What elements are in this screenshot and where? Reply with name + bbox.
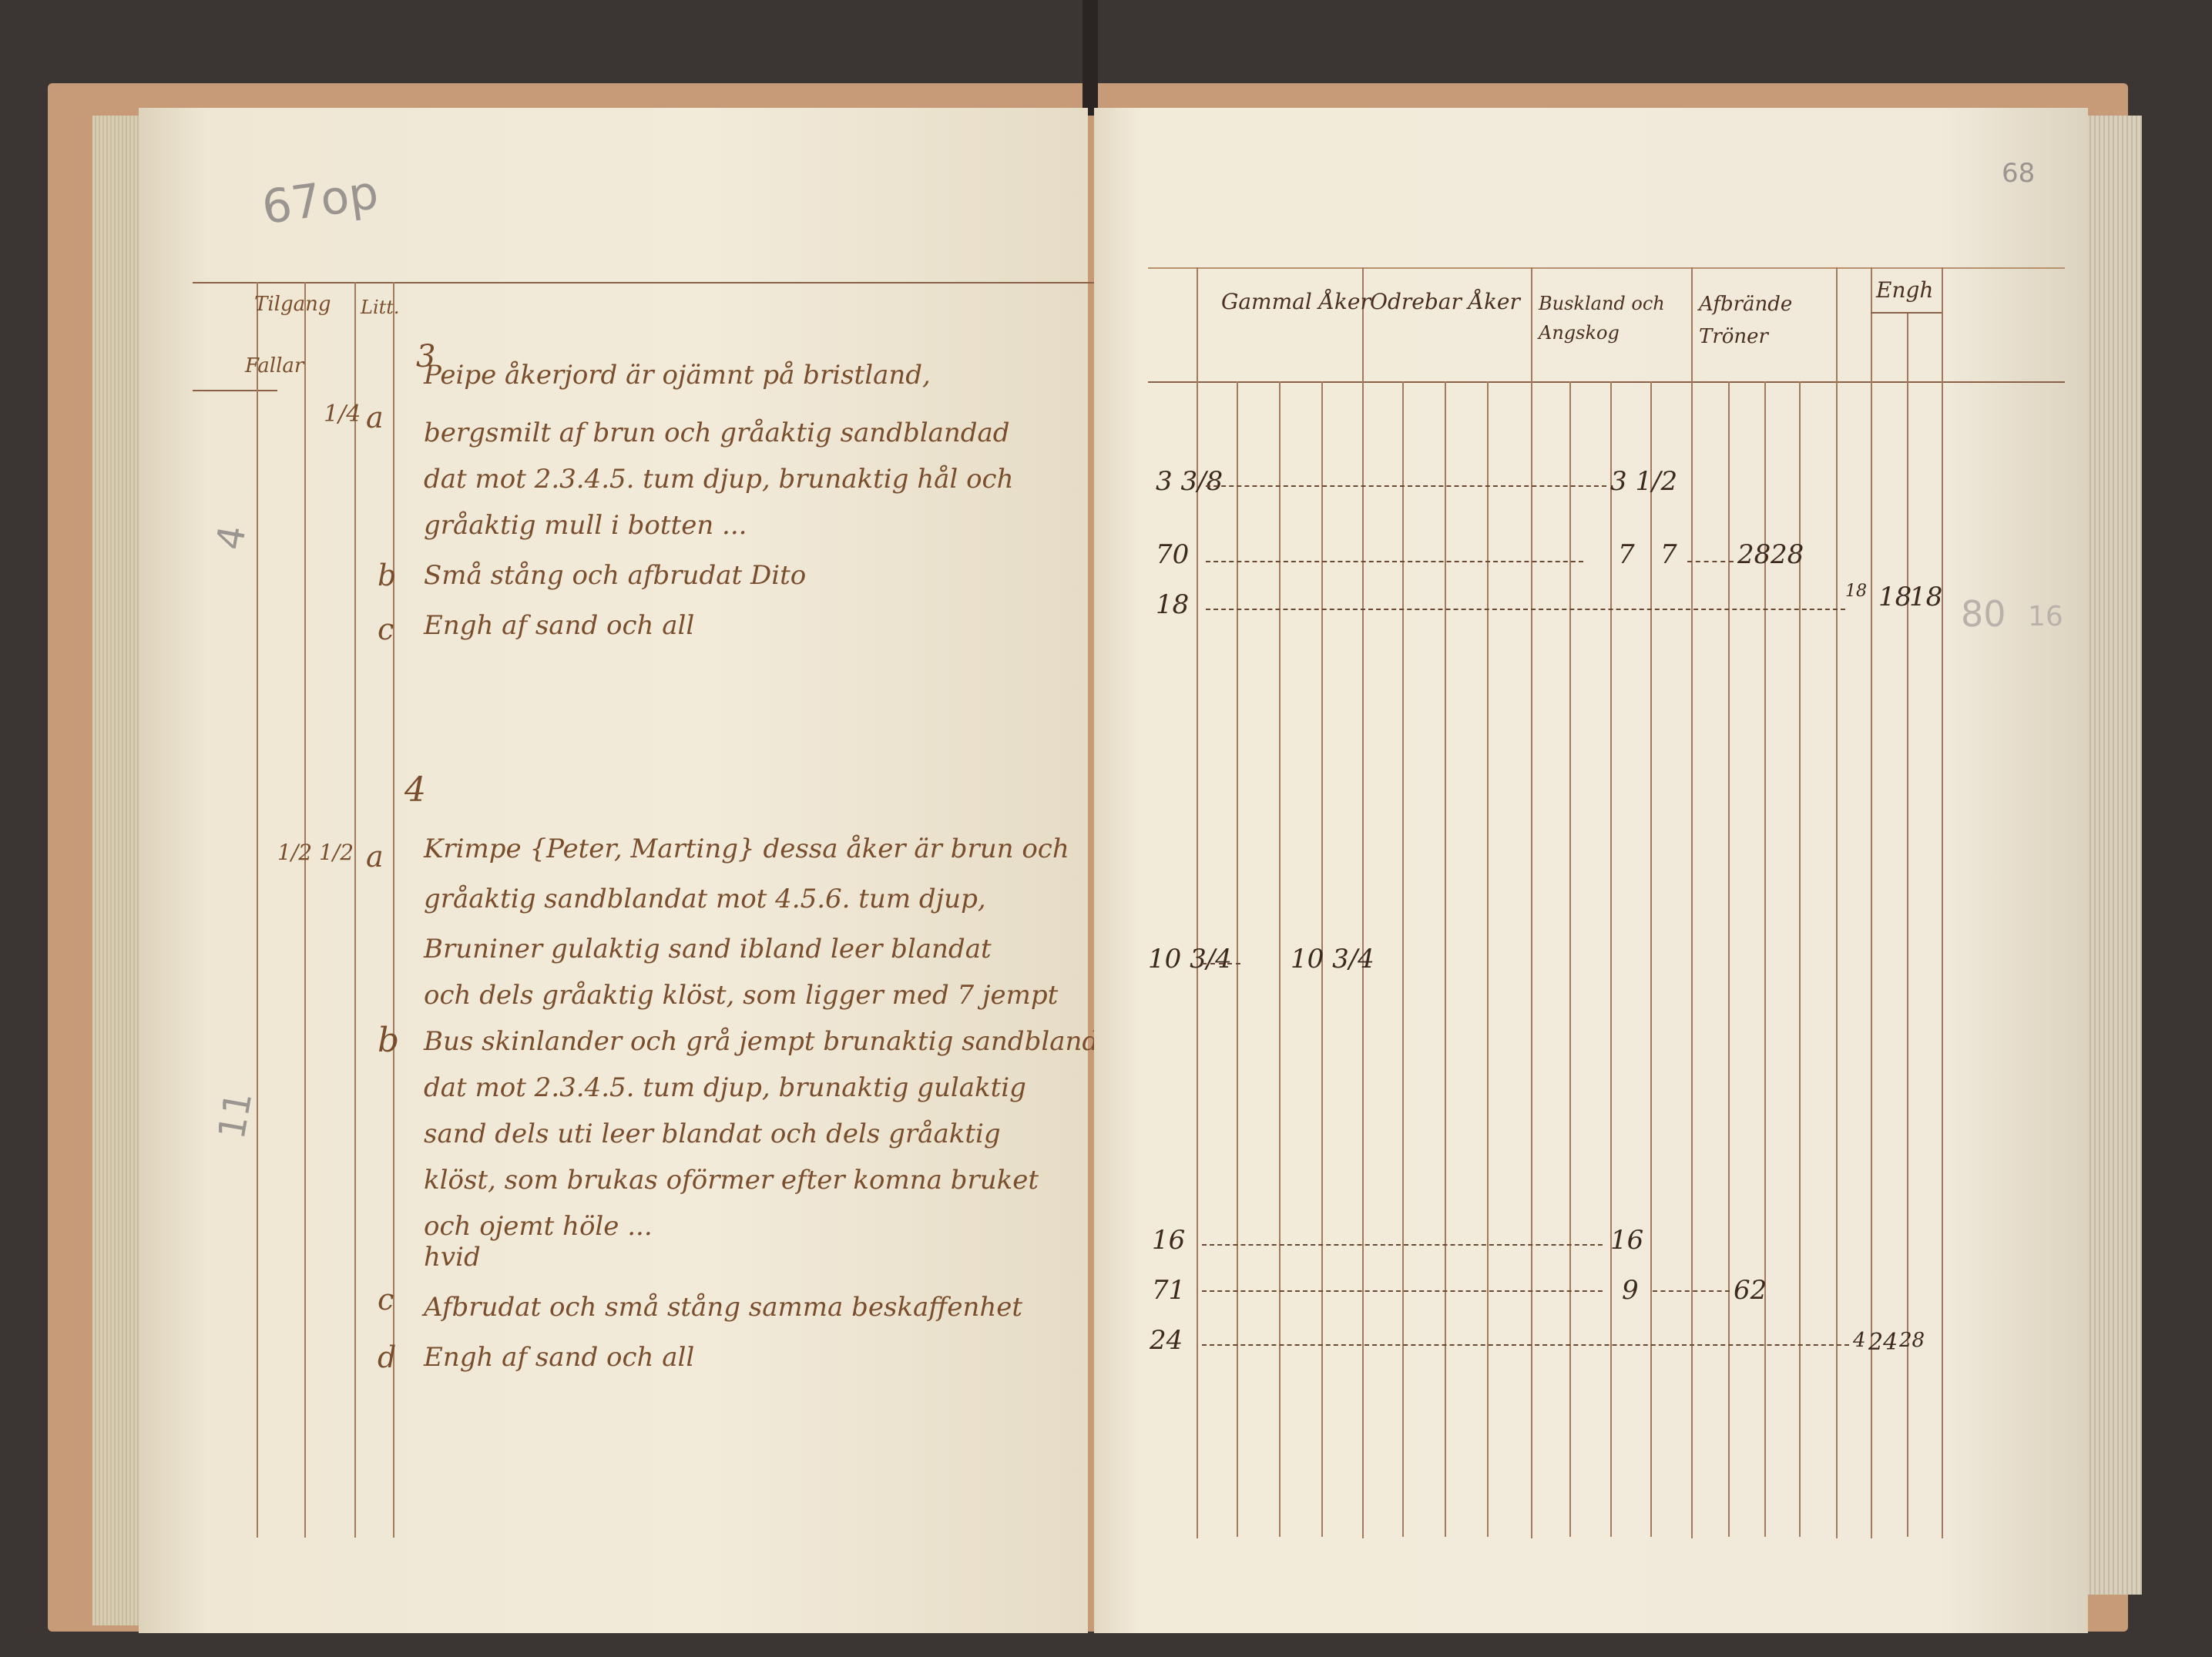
- entry-fraction: 1/2 1/2: [277, 840, 354, 865]
- leader-dashes: [1206, 609, 1845, 610]
- entry-text-line: klöst, som brukas oförmer efter komna br…: [424, 1167, 1039, 1193]
- entry-fraction: 1/4: [324, 401, 361, 428]
- row-value: 4: [1853, 1329, 1866, 1352]
- entry-text-line: Bruniner gulaktig sand ibland leer bland…: [424, 936, 992, 962]
- column-rule: [1610, 381, 1612, 1537]
- column-rule: [1445, 381, 1446, 1537]
- column-rule: [1650, 381, 1652, 1537]
- row-value: 28: [1771, 539, 1804, 570]
- engh-subheader-rule: [1871, 312, 1942, 314]
- entry-text-line: sand dels uti leer blandat och dels gråa…: [424, 1121, 1001, 1147]
- entry-text-line: hvid: [424, 1244, 481, 1270]
- entry-letter: b: [378, 558, 396, 592]
- row-value: 16: [1610, 1225, 1643, 1256]
- entry-text-line: bergsmilt af brun och gråaktig sandbland…: [424, 420, 1010, 446]
- leader-dashes: [1202, 1290, 1603, 1292]
- row-total: 10 3/4: [1148, 944, 1232, 974]
- column-rule: [1691, 267, 1693, 1538]
- entry-letter: c: [378, 1283, 394, 1317]
- entry-text-line: Engh af sand och all: [424, 1344, 694, 1370]
- column-rule: [1487, 381, 1489, 1537]
- header-litt: Litt.: [361, 297, 400, 318]
- header-afbrande: Afbrände Tröner: [1699, 289, 1830, 353]
- row-value: 62: [1734, 1275, 1767, 1306]
- pencil-note: 16: [2028, 601, 2063, 632]
- entry-text-line: gråaktig sandblandat mot 4.5.6. tum djup…: [424, 886, 986, 912]
- entry-letter: a: [366, 840, 384, 874]
- leader-dashes: [1653, 1290, 1730, 1292]
- column-rule: [1279, 381, 1281, 1537]
- column-rule: [1197, 267, 1198, 1538]
- header-bottom-rule: [1148, 381, 2065, 383]
- book-spine: [1083, 0, 1098, 116]
- column-rule: [1569, 381, 1571, 1537]
- leader-dashes: [1206, 485, 1606, 487]
- margin-mark: 11: [210, 1088, 261, 1142]
- header-bottom-rule: [193, 390, 277, 391]
- row-total: 16: [1152, 1225, 1185, 1256]
- leader-dashes: [1202, 1244, 1603, 1246]
- header-engh: Engh: [1876, 277, 1933, 303]
- column-rule: [1362, 267, 1364, 1538]
- column-rule: [1836, 267, 1838, 1538]
- row-value: 28: [1899, 1329, 1925, 1352]
- row-total: 71: [1152, 1275, 1185, 1306]
- column-rule: [1237, 381, 1238, 1537]
- column-rule: [257, 282, 258, 1538]
- header-fallar: Fallar: [245, 354, 304, 377]
- row-value: 3 1/2: [1610, 466, 1677, 497]
- entry-letter: d: [378, 1340, 396, 1374]
- entry-text-line: dat mot 2.3.4.5. tum djup, brunaktig gul…: [424, 1075, 1026, 1101]
- column-rule: [304, 282, 306, 1538]
- entry-text-line: Peipe åkerjord är ojämnt på bristland,: [424, 362, 931, 388]
- row-value: 28: [1737, 539, 1771, 570]
- row-value: 7: [1618, 539, 1635, 570]
- leader-dashes: [1202, 1344, 1849, 1346]
- entry-text-line: och ojemt höle ...: [424, 1213, 653, 1239]
- column-rule: [1402, 381, 1404, 1537]
- leader-dashes: [1202, 963, 1240, 964]
- row-value: 18: [1909, 582, 1942, 612]
- column-rule: [354, 282, 356, 1538]
- header-top-rule: [193, 282, 1102, 283]
- entry-text-line: gråaktig mull i botten ...: [424, 512, 747, 538]
- left-page: [139, 108, 1088, 1633]
- row-total: 18: [1156, 589, 1189, 620]
- row-value: 10 3/4: [1291, 944, 1375, 974]
- entry-letter: a: [366, 401, 384, 434]
- pencil-note: 80: [1961, 593, 2006, 635]
- entry-number: 4: [404, 770, 426, 810]
- column-rule: [1531, 267, 1532, 1538]
- column-rule: [1728, 381, 1730, 1537]
- entry-text-line: och dels gråaktig klöst, som ligger med …: [424, 982, 1058, 1008]
- row-value: 24: [1868, 1329, 1898, 1356]
- header-gammal-aker: Gammal Åker: [1221, 289, 1371, 314]
- header-odrebar-aker: Odrebar Åker: [1370, 289, 1520, 314]
- entry-text-line: Afbrudat och små stång samma beskaffenhe…: [424, 1294, 1022, 1320]
- entry-letter: b: [378, 1021, 399, 1060]
- entry-text-line: Bus skinlander och grå jempt brunaktig s…: [424, 1028, 1125, 1055]
- entry-text-line: dat mot 2.3.4.5. tum djup, brunaktig hål…: [424, 466, 1014, 492]
- row-value: 18: [1878, 582, 1912, 612]
- header-top-rule: [1148, 267, 2065, 269]
- entry-text-line: Små stång och afbrudat Dito: [424, 562, 806, 589]
- row-total: 3 3/8: [1156, 466, 1223, 497]
- entry-text-line: Engh af sand och all: [424, 612, 694, 639]
- row-value: 9: [1622, 1275, 1639, 1306]
- entry-letter: c: [378, 612, 394, 646]
- entry-text-line: Krimpe {Peter, Marting} dessa åker är br…: [424, 836, 1069, 862]
- column-rule: [1907, 312, 1908, 1537]
- row-value: 18: [1845, 582, 1867, 601]
- row-total: 70: [1156, 539, 1189, 570]
- row-value: 7: [1660, 539, 1677, 570]
- leader-dashes: [1206, 561, 1583, 562]
- column-rule: [1942, 267, 1943, 1538]
- row-total: 24: [1150, 1325, 1183, 1356]
- leader-dashes: [1687, 561, 1734, 562]
- right-page-number: 68: [2002, 158, 2035, 189]
- header-buskland: Buskland och Angskog: [1539, 289, 1685, 348]
- header-tilgang: Tilgang: [254, 293, 331, 316]
